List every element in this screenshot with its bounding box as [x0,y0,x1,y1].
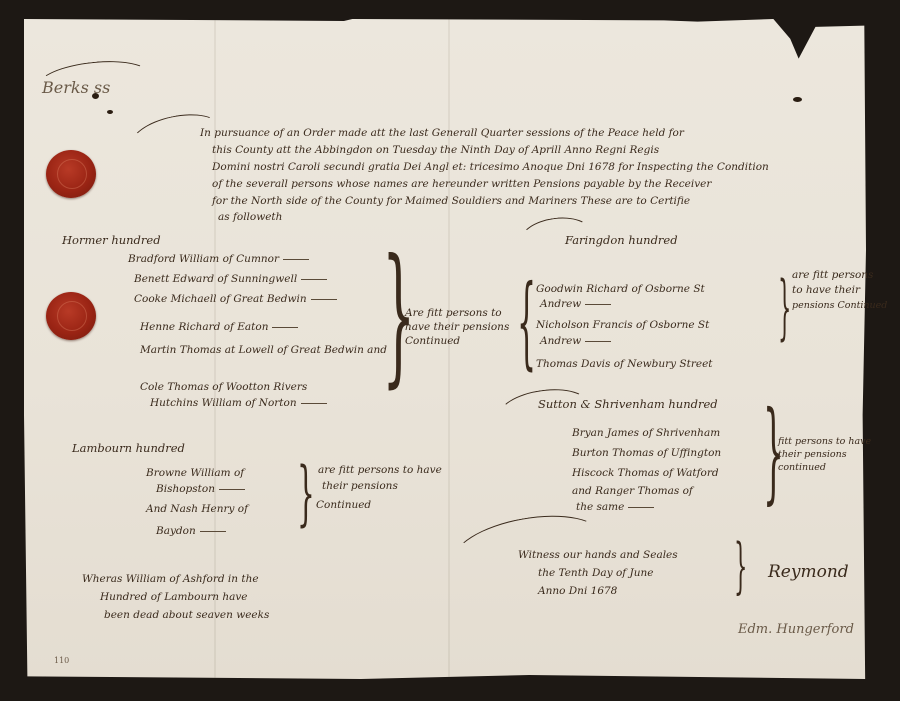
section-note: Continued [405,334,460,349]
entry: Browne William of [146,466,244,481]
brace: { [517,272,536,372]
ink-blot [793,97,802,102]
section-note: pensions Continued [792,298,887,313]
section-note: to have their [792,283,860,298]
entry: Thomas Davis of Newbury Street [536,357,713,372]
brace: } [778,272,791,342]
ink-blot [107,110,113,114]
entry: And Nash Henry of [146,502,248,517]
entry: Bryan James of Shrivenham [572,426,720,441]
entry: Cole Thomas of Wootton Rivers [140,380,307,395]
section-note: are fitt persons [792,268,873,283]
entry: Andrew [540,334,611,349]
entry: Bishopston [156,482,245,497]
signature-reymond: Reymond [768,562,849,582]
entry: Hiscock Thomas of Watford [572,466,719,481]
entry: Baydon [156,524,226,539]
section-note: continued [778,460,826,475]
entry: Benett Edward of Sunningwell [134,272,327,287]
fold-crease [448,19,450,679]
brace: } [297,458,315,528]
entry: Nicholson Francis of Osborne St [536,318,709,333]
section-note: Continued [316,498,371,513]
entry: Hutchins William of Norton [150,396,327,411]
signature-hungerford: Edm. Hungerford [738,622,854,637]
hundred-title: Lambourn hundred [72,440,185,457]
wax-seal-2 [46,292,96,340]
entry: Goodwin Richard of Osborne St [536,282,705,297]
entry: Martin Thomas at Lowell of Great Bedwin … [140,343,387,358]
section-note: their pensions [322,479,398,494]
ink-blot [92,93,99,99]
wax-seal-1 [46,150,96,198]
entry: Bradford William of Cumnor [128,252,309,267]
section-note: have their pensions [405,320,509,335]
hundred-title: Hormer hundred [62,232,161,249]
section-note: Are fitt persons to [405,306,502,321]
entry: Andrew [540,297,611,312]
archive-folio-number: 110 [54,656,69,665]
hundred-title: Sutton & Shrivenham hundred [538,396,718,413]
entry: and Ranger Thomas of [572,484,693,499]
entry: Henne Richard of Eaton [140,320,298,335]
section-note: are fitt persons to have [318,463,442,478]
brace: } [734,536,747,596]
entry: the same [576,500,654,515]
entry: Cooke Michaell of Great Bedwin [134,292,337,307]
hundred-title: Faringdon hundred [565,232,678,249]
entry: Burton Thomas of Uffington [572,446,721,461]
